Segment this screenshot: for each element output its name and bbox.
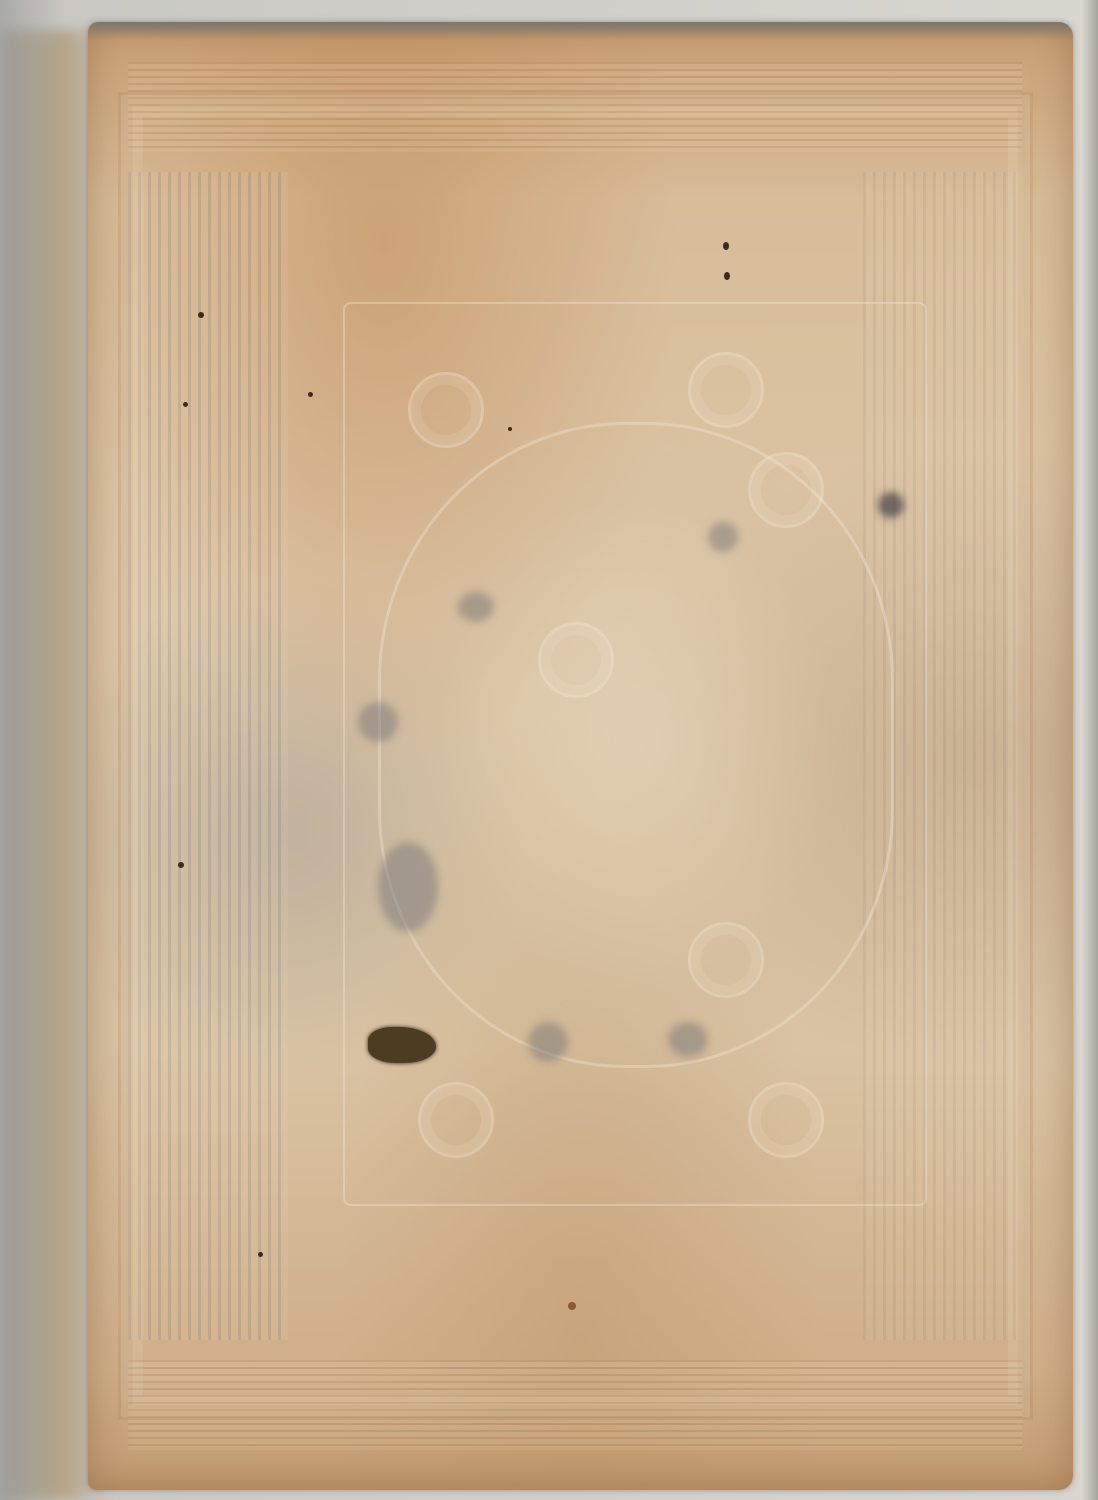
swirl-ornament [748, 452, 824, 528]
swirl-ornament [538, 622, 614, 698]
spot [198, 312, 204, 318]
book-cover [88, 22, 1073, 1490]
worn-top-edge [88, 22, 1073, 40]
swirl-ornament [408, 372, 484, 448]
stain [378, 842, 438, 932]
stain [668, 1022, 708, 1057]
spot [508, 427, 512, 431]
spot [183, 402, 188, 407]
swirl-ornament [688, 922, 764, 998]
spot [258, 1252, 263, 1257]
swirl-ornament [748, 1082, 824, 1158]
embossed-cartouche [378, 422, 894, 1068]
swirl-ornament [418, 1082, 494, 1158]
spot [178, 862, 184, 868]
stain [458, 592, 494, 622]
stain [878, 492, 904, 518]
spot [568, 1302, 576, 1310]
spot [308, 392, 313, 397]
swirl-ornament [688, 352, 764, 428]
stain [708, 522, 738, 552]
stain [528, 1022, 568, 1062]
right-shadow [1082, 0, 1098, 1500]
damaged-spot [368, 1027, 436, 1063]
stain [358, 702, 398, 742]
spot [724, 272, 730, 280]
spot [723, 242, 729, 250]
